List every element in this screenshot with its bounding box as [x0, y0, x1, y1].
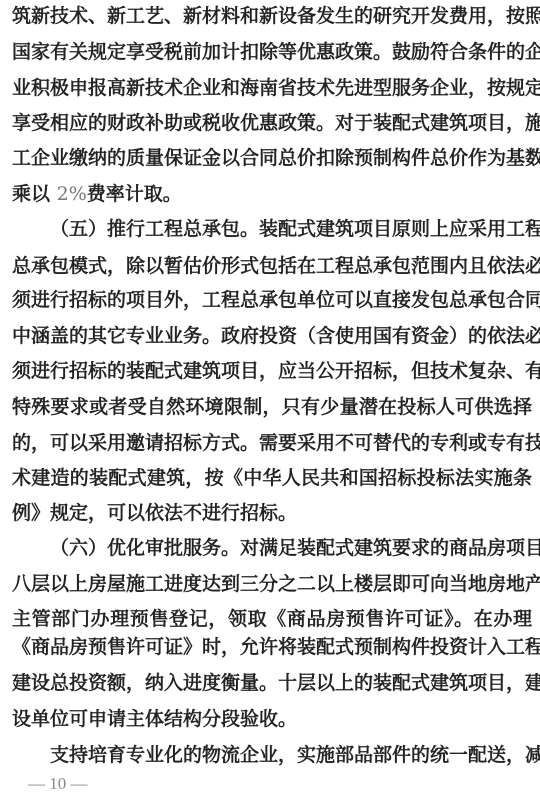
text-segment: 乘以 — [12, 183, 57, 205]
text-line: 须进行招标的项目外，工程总承包单位可以直接发包总承包合同 — [12, 286, 532, 314]
text-line: 支持培育专业化的物流企业，实施部品部件的统一配送，减 — [50, 741, 532, 769]
text-line: 乘以 2%费率计取。 — [12, 180, 532, 208]
text-line: 例》规定，可以依法不进行招标。 — [12, 499, 532, 527]
percentage-value: 2% — [57, 183, 87, 205]
text-line: 总承包模式，除以暂估价形式包括在工程总承包范围内且依法必 — [12, 252, 532, 280]
text-line: 术建造的装配式建筑，按《中华人民共和国招标投标法实施条 — [12, 464, 532, 492]
text-line: 《商品房预售许可证》时，允许将装配式预制构件投资计入工程 — [12, 633, 532, 661]
page-number: — 10 — — [28, 772, 88, 796]
text-line: 特殊要求或者受自然环境限制，只有少量潜在投标人可供选择 — [12, 393, 532, 421]
text-segment: 费率计取。 — [87, 183, 182, 205]
document-page: 筑新技术、新工艺、新材料和新设备发生的研究开发费用，按照 国家有关规定享受税前加… — [0, 0, 540, 800]
text-line: 业积极申报高新技术企业和海南省技术先进型服务企业，按规定 — [12, 74, 532, 102]
text-line: 筑新技术、新工艺、新材料和新设备发生的研究开发费用，按照 — [12, 2, 532, 30]
section-heading-line: （五）推行工程总承包。装配式建筑项目原则上应采用工程 — [50, 215, 532, 243]
text-line: 中涵盖的其它专业业务。政府投资（含使用国有资金）的依法必 — [12, 322, 532, 350]
text-line: 国家有关规定享受税前加计扣除等优惠政策。鼓励符合条件的企 — [12, 38, 532, 66]
text-line: 的，可以采用邀请招标方式。需要采用不可替代的专利或专有技 — [12, 429, 532, 457]
text-line: 享受相应的财政补助或税收优惠政策。对于装配式建筑项目，施 — [12, 109, 532, 137]
section-heading-line: （六）优化审批服务。对满足装配式建筑要求的商品房项目， — [50, 534, 532, 562]
text-line: 设单位可申请主体结构分段验收。 — [12, 705, 532, 733]
text-line: 主管部门办理预售登记，领取《商品房预售许可证》。在办理 — [12, 605, 532, 633]
text-line: 八层以上房屋施工进度达到三分之二以上楼层即可向当地房地产 — [12, 570, 532, 598]
text-line: 须进行招标的装配式建筑项目，应当公开招标，但技术复杂、有 — [12, 357, 532, 385]
text-line: 工企业缴纳的质量保证金以合同总价扣除预制构件总价作为基数 — [12, 144, 532, 172]
text-line: 建设总投资额，纳入进度衡量。十层以上的装配式建筑项目，建 — [12, 669, 532, 697]
